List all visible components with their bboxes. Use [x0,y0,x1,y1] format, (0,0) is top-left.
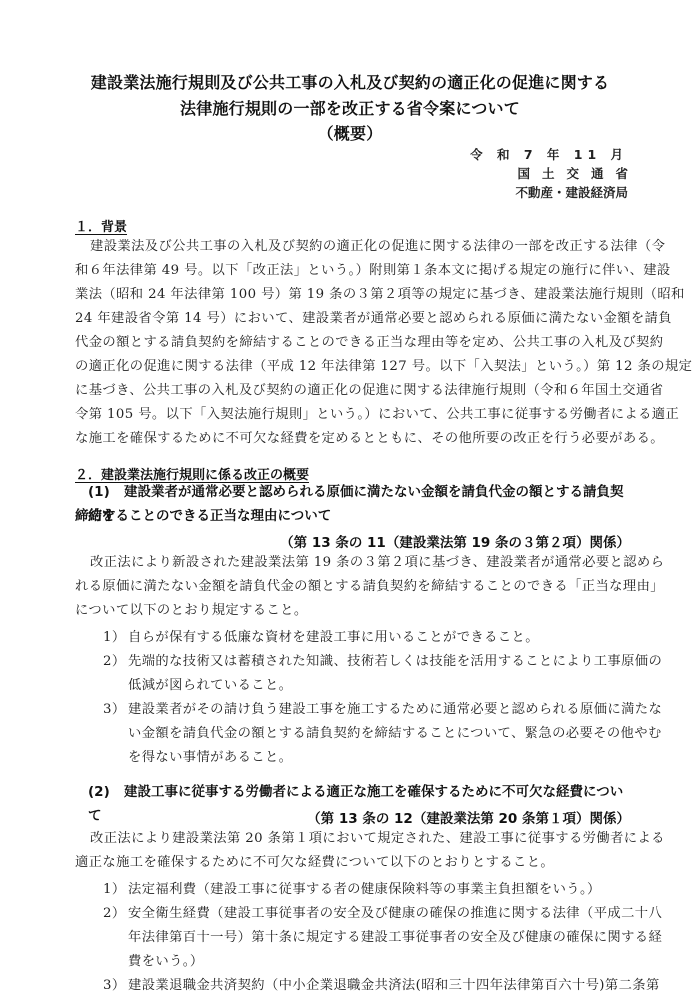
subsection-2-number: (2) [88,780,124,804]
section-1-line: に基づき、公共工事の入札及び契約の適正化の促進に関する法律施行規則（令和６年国土… [75,382,615,400]
list-item-text: 法定福利費（建設工事に従事する者の健康保険料等の事業主負担額をいう。） [128,882,601,897]
list-item-text: 建設業者がその請け負う建設工事を施工するために通常必要と認められる原価に満たな [128,702,662,717]
section-1-line: 和６年法律第 49 号。以下「改正法」という。）附則第１条本文に掲げる規定の施行… [75,262,615,280]
list-item-number: 3） [103,698,128,717]
section-1-line: 業法（昭和 24 年法律第 100 号）第 19 条の３第２項等の規定に基づき、… [75,286,615,304]
section-1-line: の適正化の促進に関する法律（平成 12 年法律第 127 号。以下「入契法」とい… [75,358,615,376]
section-1-line: 建設業法及び公共工事の入札及び契約の適正化の促進に関する法律の一部を改正する法律… [90,238,630,256]
section-1-heading: １．背景 [75,216,127,235]
subsection-2-line: 改正法により建設業法第 20 条第１項において規定された、建設工事に従事する労働… [90,830,630,848]
document-title-line-1: 建設業法施行規則及び公共工事の入札及び契約の適正化の促進に関する [0,70,700,93]
list-item: 1）法定福利費（建設工事に従事する者の健康保険料等の事業主負担額をいう。） [103,878,633,897]
list-item-text: 建設業退職金共済契約（中小企業退職金共済法(昭和三十四年法律第百六十号)第二条第 [128,978,660,993]
list-item: 2）先端的な技術又は蓄積された知識、技術若しくは技能を活用することにより工事原価… [103,650,633,669]
list-item-number: 1） [103,878,128,897]
list-item: 1）自らが保有する低廉な資材を建設工事に用いることができること。 [103,626,633,645]
section-1-line: 24 年建設省令第 14 号）において、建設業者が通常必要と認められる原価に満た… [75,310,615,328]
list-item-text: 自らが保有する低廉な資材を建設工事に用いることができること。 [128,630,539,645]
list-item-continuation: 低減が図られていること。 [128,674,292,693]
list-item-text: 安全衛生経費（建設工事従事者の安全及び健康の確保の推進に関する法律（平成二十八 [128,906,662,921]
list-item-number: 3） [103,974,128,993]
list-item-continuation: を得ない事情があること。 [128,746,292,765]
list-item-number: 2） [103,650,128,669]
subsection-1-line: れる原価に満たない金額を請負代金の額とする請負契約を締結することのできる「正当な… [75,578,615,596]
subsection-1-reference: （第 13 条の 11（建設業法第 19 条の３第２項）関係） [280,531,630,551]
document-bureau: 不動産・建設経済局 [515,183,628,201]
list-item-continuation: 年法律第百十一号）第十条に規定する建設工事従事者の安全及び健康の確保に関する経 [128,926,662,945]
list-item-number: 2） [103,902,128,921]
document-subtitle: （概要） [0,121,700,144]
document-title-line-2: 法律施行規則の一部を改正する省令案について [0,96,700,119]
subsection-1-line: 改正法により新設された建設業法第 19 条の３第２項に基づき、建設業者が通常必要… [90,554,630,572]
document-date: 令 和 7 年 11 月 [470,145,628,163]
list-item: 3）建設業退職金共済契約（中小企業退職金共済法(昭和三十四年法律第百六十号)第二… [103,974,633,993]
section-1-line: 令第 105 号。以下「入契法施行規則」という。）において、公共工事に従事する労… [75,406,615,424]
list-item-continuation: 費をいう。） [128,950,204,969]
subsection-1-title-line-2: 締結することのできる正当な理由について [75,504,620,528]
subsection-1-line: について以下のとおり規定すること。 [75,602,615,620]
list-item-number: 1） [103,626,128,645]
document-page: 建設業法施行規則及び公共工事の入札及び契約の適正化の促進に関する 法律施行規則の… [0,0,700,1001]
list-item-text: 先端的な技術又は蓄積された知識、技術若しくは技能を活用することにより工事原価の [128,654,662,669]
section-1-line: 代金の額とする請負契約を締結することのできる正当な理由等を定め、公共工事の入札及… [75,334,615,352]
list-item: 2）安全衛生経費（建設工事従事者の安全及び健康の確保の推進に関する法律（平成二十… [103,902,633,921]
subsection-2-reference: （第 13 条の 12（建設業法第 20 条第１項）関係） [307,807,630,827]
list-item-continuation: い金額を請負代金の額とする請負契約を締結することについて、緊急の必要その他やむ [128,722,662,741]
list-item: 3）建設業者がその請け負う建設工事を施工するために通常必要と認められる原価に満た… [103,698,633,717]
subsection-1-number: (1) [88,480,124,504]
document-ministry: 国土交通省 [517,164,640,182]
subsection-2-line: 適正な施工を確保するために不可欠な経費について以下のとおりとすること。 [75,854,615,872]
section-1-line: な施工を確保するために不可欠な経費を定めるとともに、その他所要の改正を行う必要が… [75,430,615,448]
